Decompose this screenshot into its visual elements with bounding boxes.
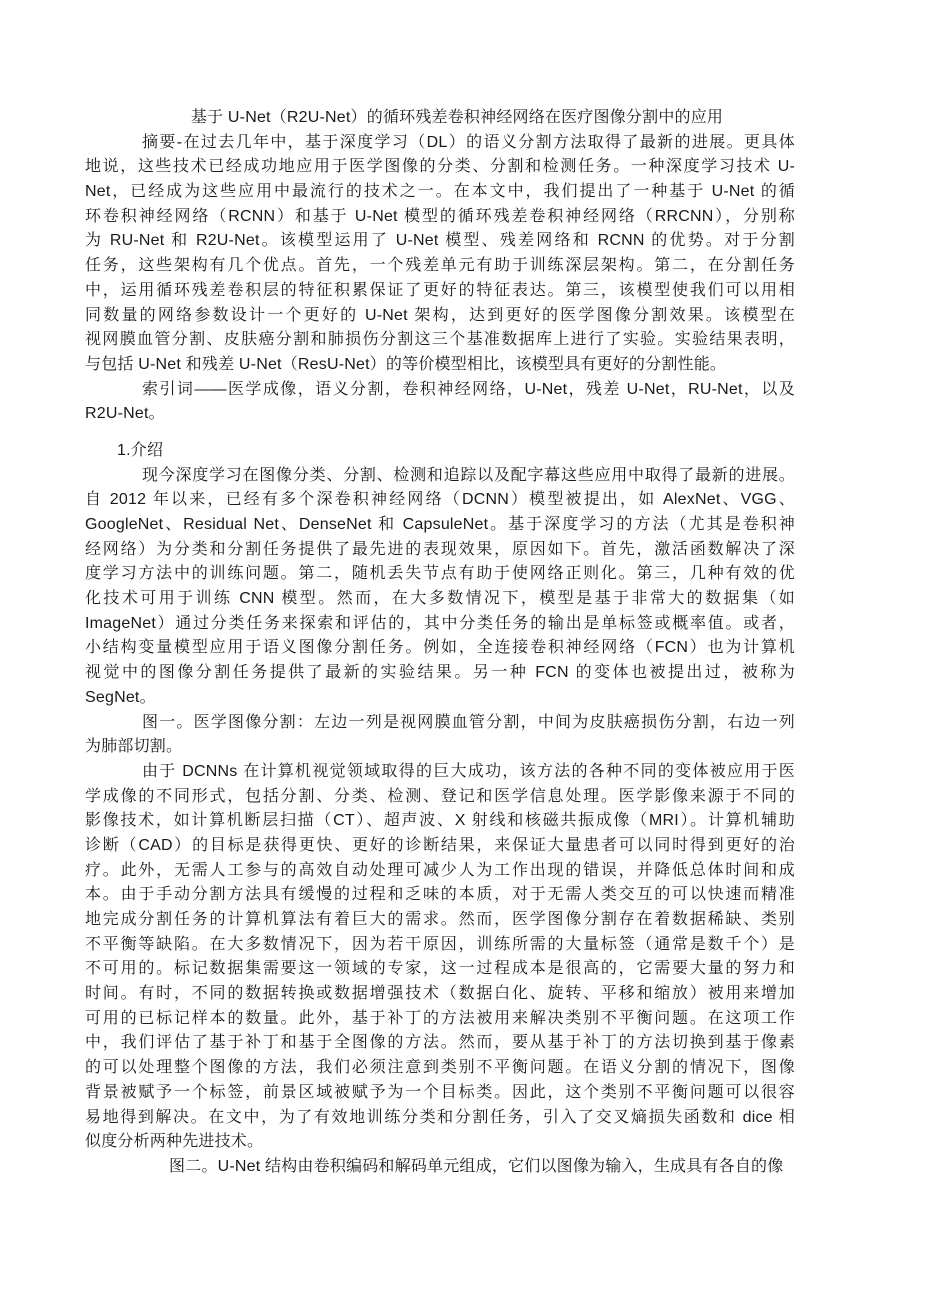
paragraph-line: 化技术可用于训练 CNN 模型。然而，在大多数情况下，模型是基于非常大的数据集（… (85, 587, 795, 612)
paragraph-line: 地说，这些技术已经成功地应用于医学图像的分类、分割和检测任务。一种深度学习技术 … (85, 155, 795, 180)
paragraph-line: ImageNet）通过分类任务来探索和评估的，其中分类任务的输出是单标签或概率值… (85, 612, 795, 637)
paragraph-line: 背景被赋予一个标签，前景区域被赋予为一个目标类。因此，这个类别不平衡问题可以很容 (85, 1081, 795, 1106)
document-page: 基于 U-Net（R2U-Net）的循环残差卷积神经网络在医疗图像分割中的应用摘… (0, 0, 925, 1309)
paragraph-last-line: 似度分析两种先进技术。 (85, 1130, 795, 1155)
paragraph-line: 时间。有时，不同的数据转换或数据增强技术（数据白化、旋转、平移和缩放）被用来增加 (85, 982, 795, 1007)
paragraph-line: Net，已经成为这些应用中最流行的技术之一。在本文中，我们提出了一种基于 U-N… (85, 180, 795, 205)
paragraph-line: 地完成分割任务的计算机算法有着巨大的需求。然而，医学图像分割存在着数据稀缺、类别 (85, 908, 795, 933)
paragraph-line: GoogleNet、Residual Net、DenseNet 和 Capsul… (85, 513, 795, 538)
paragraph-line: 视网膜血管分割、皮肤癌分割和肺损伤分割这三个基准数据库上进行了实验。实验结果表明… (85, 328, 795, 353)
paragraph-line: 小结构变量模型应用于语义图像分割任务。例如，全连接卷积神经网络（FCN）也为计算… (85, 636, 795, 661)
paragraph-line: 经网络）为分类和分割任务提供了最先进的表现效果，原因如下。首先，激活函数解决了深 (85, 538, 795, 563)
paragraph-line: 任务，这些架构有几个优点。首先，一个残差单元有助于训练深层架构。第二，在分割任务 (85, 254, 795, 279)
paragraph-line: 本。由于手动分割方法具有缓慢的过程和乏味的本质，对于无需人类交互的可以快速而精准 (85, 883, 795, 908)
paragraph-line: 的可以处理整个图像的方法，我们必须注意到类别不平衡问题。在语义分割的情况下，图像 (85, 1056, 795, 1081)
paragraph-line: 视觉中的图像分割任务提供了最新的实验结果。另一种 FCN 的变体也被提出过，被称… (85, 661, 795, 686)
paragraph-first-line: 现今深度学习在图像分类、分割、检测和追踪以及配字幕这些应用中取得了最新的进展。 (85, 464, 795, 489)
paragraph-line: 环卷积神经网络（RCNN）和基于 U-Net 模型的循环残差卷积神经网络（RRC… (85, 205, 795, 230)
paragraph-line: 度学习方法中的训练问题。第二，随机丢失节点有助于使网络正则化。第三，几种有效的优 (85, 562, 795, 587)
paragraph-line: 中，运用循环残差卷积层的特征积累保证了更好的特征表达。第三，该模型使我们可以用相 (85, 279, 795, 304)
paragraph-line: 诊断（CAD）的目标是获得更快、更好的诊断结果，来保证大量患者可以同时得到更好的… (85, 834, 795, 859)
paragraph-first-line: 图一。医学图像分割：左边一列是视网膜血管分割，中间为皮肤癌损伤分割，右边一列 (85, 711, 795, 736)
paragraph-last-line: 为肺部切割。 (85, 735, 795, 760)
document-title: 基于 U-Net（R2U-Net）的循环残差卷积神经网络在医疗图像分割中的应用 (85, 106, 795, 131)
paragraph-line: 影像技术，如计算机断层扫描（CT）、超声波、X 射线和核磁共振成像（MRI）。计… (85, 809, 795, 834)
paragraph-line: 不平衡等缺陷。在大多数情况下，因为若干原因，训练所需的大量标签（通常是数千个）是 (85, 933, 795, 958)
paragraph-line: 疗。此外，无需人工参与的高效自动处理可减少人为工作出现的错误，并降低总体时间和成 (85, 859, 795, 884)
paragraph-line: 不可用的。标记数据集需要这一领域的专家，这一过程成本是很高的，它需要大量的努力和 (85, 957, 795, 982)
paragraph-last-line: SegNet。 (85, 686, 795, 711)
paragraph-line: 中，我们评估了基于补丁和基于全图像的方法。然而，要从基于补丁的方法切换到基于像素 (85, 1031, 795, 1056)
paragraph-line: 易地得到解决。在文中，为了有效地训练分类和分割任务，引入了交叉熵损失函数和 di… (85, 1106, 795, 1131)
paragraph-line: 为 RU-Net 和 R2U-Net。该模型运用了 U-Net 模型、残差网络和… (85, 229, 795, 254)
paragraph-line: 可用的已标记样本的数量。此外，基于补丁的方法被用来解决类别不平衡问题。在这项工作 (85, 1007, 795, 1032)
paragraph-last-line: 与包括 U-Net 和残差 U-Net（ResU-Net）的等价模型相比，该模型… (85, 353, 795, 378)
paragraph-line: 学成像的不同形式，包括分割、分类、检测、登记和医学信息处理。医学影像来源于不同的 (85, 785, 795, 810)
paragraph-line: 自 2012 年以来，已经有多个深卷积神经网络（DCNN）模型被提出，如 Ale… (85, 488, 795, 513)
paragraph-first-line: 由于 DCNNs 在计算机视觉领域取得的巨大成功，该方法的各种不同的变体被应用于… (85, 760, 795, 785)
paragraph-last-line: R2U-Net。 (85, 402, 795, 427)
paragraph-line: 同数量的网络参数设计一个更好的 U-Net 架构，达到更好的医学图像分割效果。该… (85, 304, 795, 329)
document-body: 基于 U-Net（R2U-Net）的循环残差卷积神经网络在医疗图像分割中的应用摘… (85, 106, 795, 1180)
paragraph-first-line: 摘要-在过去几年中，基于深度学习（DL）的语义分割方法取得了最新的进展。更具体 (85, 131, 795, 156)
paragraph-single-line: 图二。U-Net 结构由卷积编码和解码单元组成，它们以图像为输入，生成具有各自的… (85, 1155, 795, 1180)
paragraph-first-line: 索引词——医学成像，语义分割，卷积神经网络，U-Net，残差 U-Net，RU-… (85, 378, 795, 403)
section-heading: 1.介绍 (85, 439, 795, 464)
